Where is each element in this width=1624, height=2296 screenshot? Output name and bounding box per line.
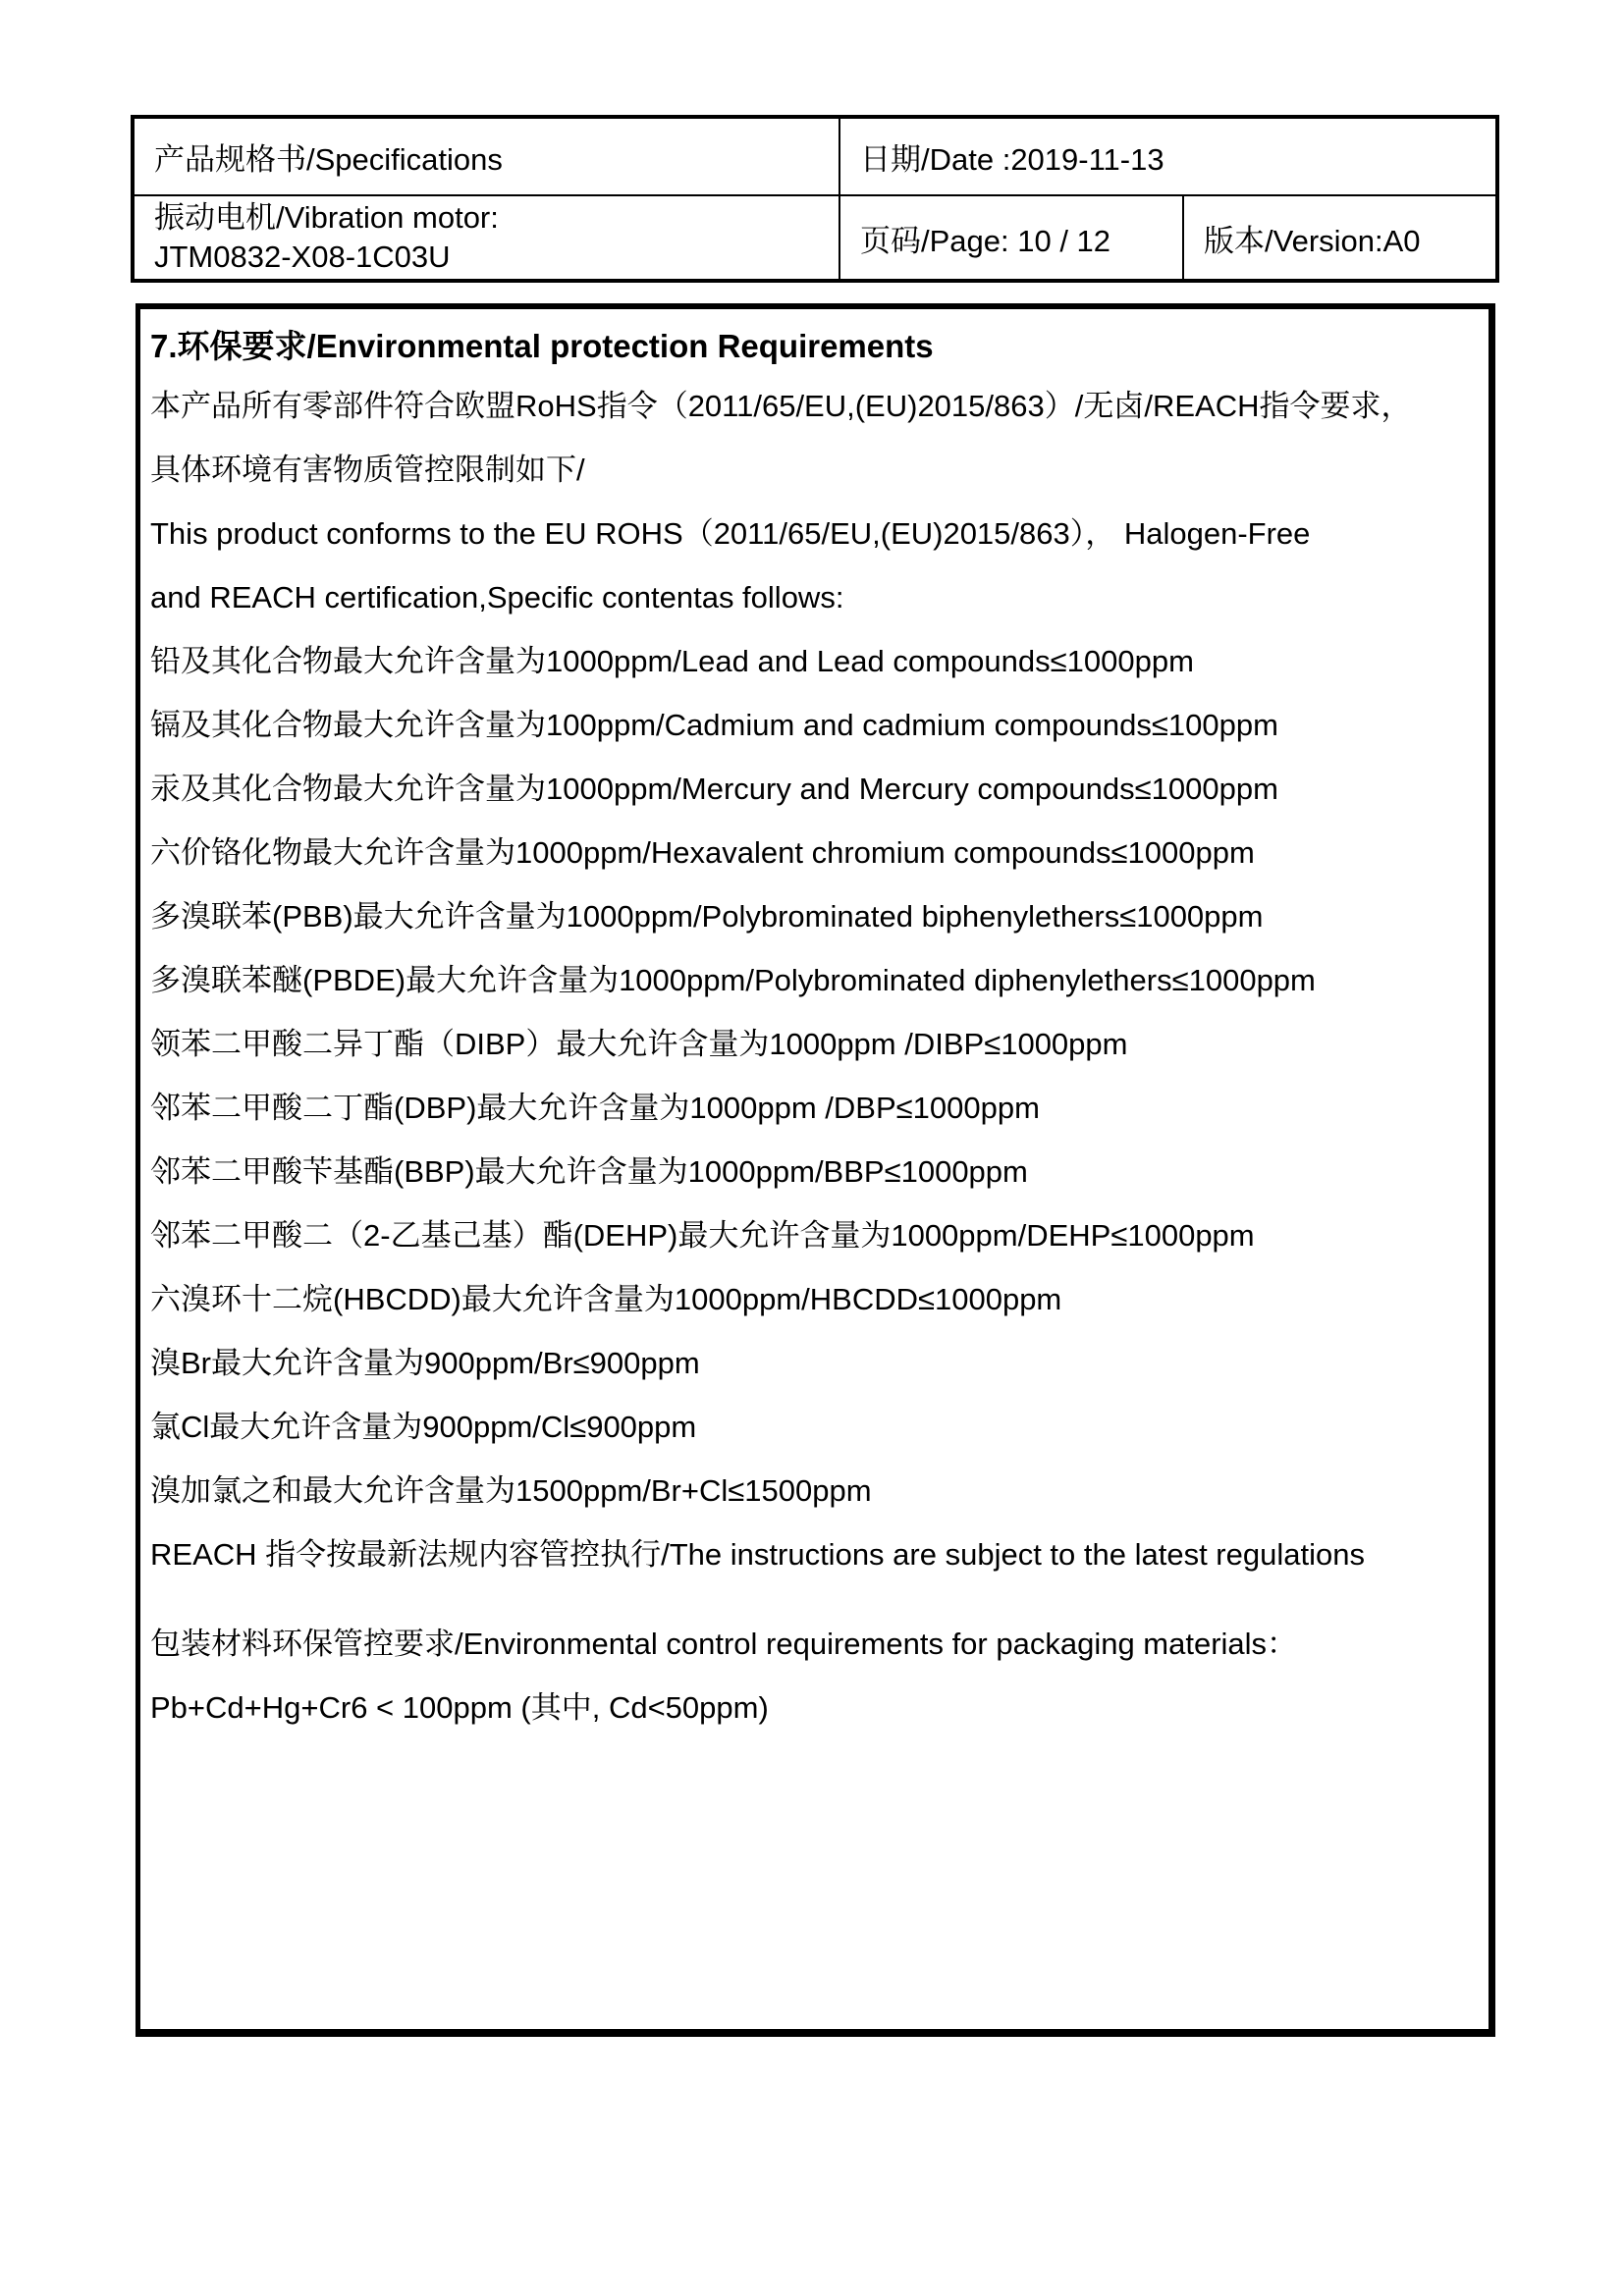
- packaging-requirements-title: 包装材料环保管控要求/Environmental control require…: [150, 1612, 1481, 1676]
- limit-lead: 铅及其化合物最大允许含量为1000ppm/Lead and Lead compo…: [150, 629, 1481, 693]
- intro-line-cn-2: 具体环境有害物质管控限制如下/: [150, 438, 1481, 502]
- limit-pbb: 多溴联苯(PBB)最大允许含量为1000ppm/Polybrominated b…: [150, 884, 1481, 948]
- intro-line-en-2: and REACH certification,Specific content…: [150, 565, 1481, 629]
- limit-pbde: 多溴联苯醚(PBDE)最大允许含量为1000ppm/Polybrominated…: [150, 948, 1481, 1012]
- limit-dibp: 领苯二甲酸二异丁酯（DIBP）最大允许含量为1000ppm /DIBP≤1000…: [150, 1012, 1481, 1076]
- page-number-cell: 页码/Page: 10 / 12: [839, 195, 1183, 281]
- limit-br: 溴Br最大允许含量为900ppm/Br≤900ppm: [150, 1331, 1481, 1395]
- limit-cl: 氯Cl最大允许含量为900ppm/Cl≤900ppm: [150, 1395, 1481, 1459]
- intro-line-en-1: This product conforms to the EU ROHS（201…: [150, 502, 1481, 565]
- limit-hbcdd: 六溴环十二烷(HBCDD)最大允许含量为1000ppm/HBCDD≤1000pp…: [150, 1267, 1481, 1331]
- motor-model-number: JTM0832-X08-1C03U: [154, 238, 829, 277]
- document-page: 产品规格书/Specifications 日期/Date :2019-11-13…: [0, 0, 1624, 2296]
- date-cell: 日期/Date :2019-11-13: [839, 117, 1497, 195]
- reach-note: REACH 指令按最新法规内容管控执行/The instructions are…: [150, 1522, 1481, 1586]
- intro-line-cn-1: 本产品所有零部件符合欧盟RoHS指令（2011/65/EU,(EU)2015/8…: [150, 374, 1481, 438]
- limit-mercury: 汞及其化合物最大允许含量为1000ppm/Mercury and Mercury…: [150, 757, 1481, 821]
- limit-br-cl-sum: 溴加氯之和最大允许含量为1500ppm/Br+Cl≤1500ppm: [150, 1459, 1481, 1522]
- limit-dbp: 邻苯二甲酸二丁酯(DBP)最大允许含量为1000ppm /DBP≤1000ppm: [150, 1076, 1481, 1140]
- product-model-cell: 振动电机/Vibration motor: JTM0832-X08-1C03U: [133, 195, 839, 281]
- section-heading: 7.环保要求/Environmental protection Requirem…: [150, 323, 1481, 370]
- spec-title-cell: 产品规格书/Specifications: [133, 117, 839, 195]
- limit-cadmium: 镉及其化合物最大允许含量为100ppm/Cadmium and cadmium …: [150, 693, 1481, 757]
- packaging-limit: Pb+Cd+Hg+Cr6 < 100ppm (其中, Cd<50ppm): [150, 1676, 1481, 1739]
- version-cell: 版本/Version:A0: [1183, 195, 1497, 281]
- motor-type-label: 振动电机/Vibration motor:: [154, 198, 829, 238]
- limit-chromium: 六价铬化物最大允许含量为1000ppm/Hexavalent chromium …: [150, 821, 1481, 884]
- environmental-requirements-box: 7.环保要求/Environmental protection Requirem…: [135, 303, 1495, 2037]
- limit-bbp: 邻苯二甲酸苄基酯(BBP)最大允许含量为1000ppm/BBP≤1000ppm: [150, 1140, 1481, 1203]
- limit-dehp: 邻苯二甲酸二（2-乙基己基）酯(DEHP)最大允许含量为1000ppm/DEHP…: [150, 1203, 1481, 1267]
- header-table: 产品规格书/Specifications 日期/Date :2019-11-13…: [131, 115, 1499, 283]
